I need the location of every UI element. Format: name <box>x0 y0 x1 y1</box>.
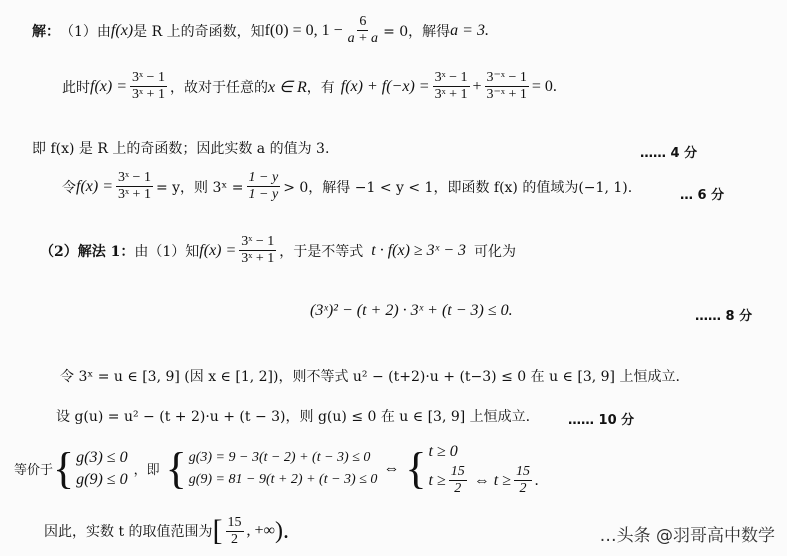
eq: g(9) ≤ 0 <box>76 469 127 491</box>
text: 等价于 <box>14 459 53 478</box>
left-brace: { <box>53 449 74 489</box>
score-4: …… 4 分 <box>640 142 697 161</box>
fx: f(x) = <box>76 178 113 196</box>
score-10: …… 10 分 <box>568 409 634 428</box>
fraction: 15 2 <box>514 464 532 497</box>
solution-line-10: 因此，实数 t 的取值范围为 [ 15 2 , +∞ ). <box>44 514 289 548</box>
denominator: a + a <box>346 31 380 47</box>
eq: t ≥ 0 <box>429 440 539 464</box>
text: ，于是不等式 <box>279 241 363 261</box>
solution-line-7: 令 3ˣ = u ∈ [3, 9] (因 x ∈ [1, 2])，则不等式 u²… <box>60 366 680 386</box>
denominator: 3ˣ + 1 <box>433 87 470 103</box>
text: = y，则 3ˣ = <box>156 177 244 197</box>
final-answer-text: 因此，实数 t 的取值范围为 <box>44 521 213 541</box>
numerator: 15 <box>514 464 532 481</box>
left-brace: { <box>405 449 426 489</box>
denominator: 3ˣ + 1 <box>130 87 167 103</box>
fraction: 3ˣ − 1 3ˣ + 1 <box>239 234 276 267</box>
solution-line-5: （2） 解法 1： 由（1）知 f(x) = 3ˣ − 1 3ˣ + 1 ，于是… <box>40 234 516 267</box>
solution-label: 解： <box>32 21 60 41</box>
fraction: 6 a + a <box>346 14 380 47</box>
range-text: > 0，解得 −1 < y < 1，即函数 f(x) 的值域为(−1, 1). <box>283 177 632 197</box>
denominator: 3ˣ + 1 <box>239 251 276 267</box>
text: ，故对于任意的 <box>170 77 268 97</box>
fraction: 15 2 <box>449 464 467 497</box>
numerator: 3⁻ˣ − 1 <box>485 70 529 87</box>
conclusion-text: 即 f(x) 是 R 上的奇函数；因此实数 a 的值为 3. <box>32 138 329 158</box>
odd-fn-text: 是 R 上的奇函数，知 <box>133 21 264 41</box>
plus: + <box>473 78 482 96</box>
solution-line-4: 令 f(x) = 3ˣ − 1 3ˣ + 1 = y，则 3ˣ = 1 − y … <box>62 170 632 203</box>
text: 由（1）知 <box>134 241 199 261</box>
denominator: 2 <box>517 481 528 497</box>
score-8: …… 8 分 <box>695 305 752 324</box>
numerator: 3ˣ − 1 <box>239 234 276 251</box>
numerator: 3ˣ − 1 <box>116 170 153 187</box>
fraction: 3⁻ˣ − 1 3⁻ˣ + 1 <box>485 70 529 103</box>
method-label: 解法 1： <box>78 241 135 261</box>
inequality: t · f(x) ≥ 3ˣ − 3 <box>371 242 466 260</box>
fraction: 1 − y 1 − y <box>247 170 281 203</box>
numerator: 15 <box>449 464 467 481</box>
solution-line-1: 解： （1）由 f(x) 是 R 上的奇函数，知 f(0) = 0, 1 − 6… <box>32 14 489 47</box>
result-a: a = 3. <box>450 22 489 40</box>
eq: g(3) = 9 − 3(t − 2) + (t − 3) ≤ 0 <box>189 447 378 469</box>
fx: f(x) = <box>90 78 127 96</box>
numerator: 1 − y <box>247 170 281 187</box>
fraction: 3ˣ − 1 3ˣ + 1 <box>130 70 167 103</box>
eq: t ≥ 15 2 ⇔ t ≥ 15 2 . <box>429 464 539 497</box>
fx: f(x) <box>111 22 133 40</box>
text: 可化为 <box>474 241 516 261</box>
text: 此时 <box>62 77 90 97</box>
eq: g(3) ≤ 0 <box>76 447 127 469</box>
solution-line-9: 等价于 { g(3) ≤ 0 g(9) ≤ 0 ，即 { g(3) = 9 − … <box>14 440 539 497</box>
watermark: …头条 @羽哥高中数学 <box>600 521 775 546</box>
fraction: 3ˣ − 1 3ˣ + 1 <box>116 170 153 203</box>
system-2: g(3) = 9 − 3(t − 2) + (t − 3) ≤ 0 g(9) =… <box>189 447 378 491</box>
part2-label: （2） <box>40 241 78 261</box>
denominator: 2 <box>452 481 463 497</box>
denominator: 3ˣ + 1 <box>116 187 153 203</box>
numerator: 3ˣ − 1 <box>433 70 470 87</box>
right-paren: ). <box>275 518 289 545</box>
system-1: g(3) ≤ 0 g(9) ≤ 0 <box>76 447 127 491</box>
text: ，即 <box>134 459 160 478</box>
solve-text: = 0，解得 <box>383 21 450 41</box>
left-bracket: [ <box>213 514 223 548</box>
solution-line-8: 设 g(u) = u² − (t + 2)·u + (t − 3)，则 g(u)… <box>56 406 530 426</box>
substitution-text: 令 3ˣ = u ∈ [3, 9] (因 x ∈ [1, 2])，则不等式 u²… <box>60 366 680 386</box>
fraction: 15 2 <box>226 515 244 548</box>
denominator: 3⁻ˣ + 1 <box>485 87 529 103</box>
part1-intro: （1）由 <box>60 21 111 41</box>
solution-line-6: (3ˣ)² − (t + 2) · 3ˣ + (t − 3) ≤ 0. <box>310 302 513 320</box>
sum-expr: f(x) + f(−x) = <box>341 78 430 96</box>
equivalent-arrow: ⇔ <box>474 469 490 493</box>
text: t ≥ <box>429 469 446 493</box>
solution-line-2: 此时 f(x) = 3ˣ − 1 3ˣ + 1 ，故对于任意的 x ∈ R ，有… <box>62 70 557 103</box>
fraction: 3ˣ − 1 3ˣ + 1 <box>433 70 470 103</box>
fx: f(x) = <box>199 242 236 260</box>
text: ，有 <box>307 77 335 97</box>
denominator: 1 − y <box>247 187 281 203</box>
equals-zero: = 0. <box>532 78 557 96</box>
text: t ≥ <box>494 469 511 493</box>
quadratic-inequality: (3ˣ)² − (t + 2) · 3ˣ + (t − 3) ≤ 0. <box>310 302 513 320</box>
text: . <box>535 469 539 493</box>
numerator: 6 <box>357 14 368 31</box>
gu-definition: 设 g(u) = u² − (t + 2)·u + (t − 3)，则 g(u)… <box>56 406 530 426</box>
eq: g(9) = 81 − 9(t + 2) + (t − 3) ≤ 0 <box>189 469 378 491</box>
equivalent-arrow: ⇔ <box>383 460 399 478</box>
condition: x ∈ R <box>268 77 307 97</box>
numerator: 3ˣ − 1 <box>130 70 167 87</box>
f0-expr: f(0) = 0, 1 − <box>265 22 343 40</box>
left-brace: { <box>166 449 187 489</box>
denominator: 2 <box>229 532 240 548</box>
solution-line-3: 即 f(x) 是 R 上的奇函数；因此实数 a 的值为 3. <box>32 138 329 158</box>
infinity: , +∞ <box>247 522 275 540</box>
system-3: t ≥ 0 t ≥ 15 2 ⇔ t ≥ 15 2 . <box>429 440 539 497</box>
score-6: … 6 分 <box>680 184 724 203</box>
numerator: 15 <box>226 515 244 532</box>
text: 令 <box>62 177 76 197</box>
